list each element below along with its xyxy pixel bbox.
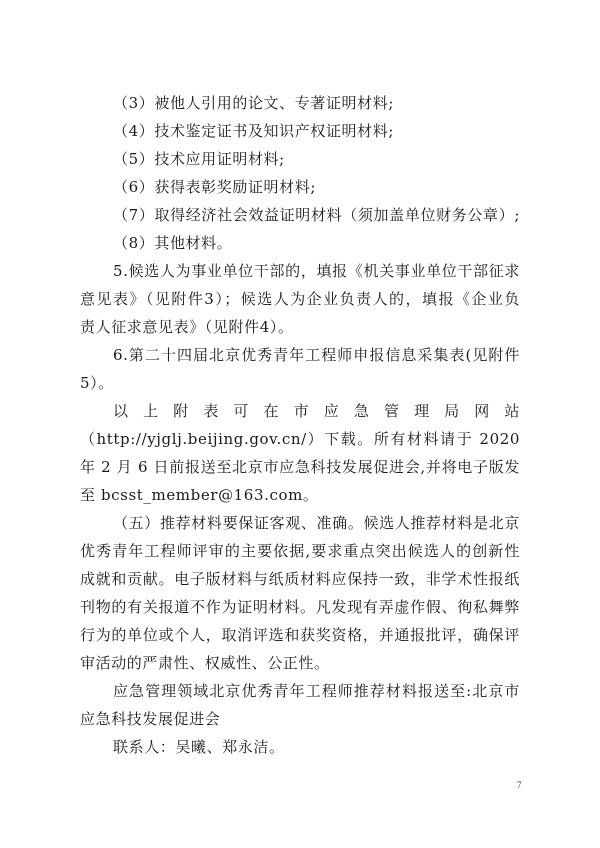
- paragraph-6-line-2: 5）。: [80, 369, 520, 397]
- download-paragraph-line-1: 以上附表可在市应急管理局网站: [80, 397, 520, 425]
- contact-line: 联系人：吴曦、郑永洁。: [80, 733, 520, 761]
- submission-line-1: 应急管理领域北京优秀青年工程师推荐材料报送至:北京市: [80, 677, 520, 705]
- page-number: 7: [517, 780, 522, 790]
- list-item-8: （8）其他材料。: [80, 229, 520, 257]
- section-5-line-5: 行为的单位或个人，取消评选和获奖资格，并通报批评，确保评: [80, 621, 520, 649]
- download-paragraph-line-4: 至 bcsst_member@163.com。: [80, 481, 520, 509]
- document-page: （3）被他人引用的论文、专著证明材料; （4）技术鉴定证书及知识产权证明材料; …: [0, 0, 600, 848]
- section-5-line-4: 刊物的有关报道不作为证明材料。凡发现有弄虚作假、徇私舞弊: [80, 593, 520, 621]
- body-text: （3）被他人引用的论文、专著证明材料; （4）技术鉴定证书及知识产权证明材料; …: [80, 89, 520, 761]
- list-item-4: （4）技术鉴定证书及知识产权证明材料;: [80, 117, 520, 145]
- list-item-6: （6）获得表彰奖励证明材料;: [80, 173, 520, 201]
- section-5-line-6: 审活动的严肃性、权威性、公正性。: [80, 649, 520, 677]
- paragraph-5-line-3: 责人征求意见表》（见附件4）。: [80, 313, 520, 341]
- section-5-line-2: 优秀青年工程师评审的主要依据,要求重点突出候选人的创新性: [80, 537, 520, 565]
- list-item-3: （3）被他人引用的论文、专著证明材料;: [80, 89, 520, 117]
- paragraph-6-line-1: 6.第二十四届北京优秀青年工程师申报信息采集表(见附件: [80, 341, 520, 369]
- download-paragraph-line-2: （http://yjglj.beijing.gov.cn/）下载。所有材料请于 …: [80, 425, 520, 453]
- list-item-7: （7）取得经济社会效益证明材料（须加盖单位财务公章）;: [80, 201, 520, 229]
- download-paragraph-line-3: 年 2 月 6 日前报送至北京市应急科技发展促进会,并将电子版发: [80, 453, 520, 481]
- list-item-5: （5）技术应用证明材料;: [80, 145, 520, 173]
- paragraph-5-line-1: 5.候选人为事业单位干部的，填报《机关事业单位干部征求: [80, 257, 520, 285]
- submission-line-2: 应急科技发展促进会: [80, 705, 520, 733]
- section-5-line-3: 成就和贡献。电子版材料与纸质材料应保持一致，非学术性报纸: [80, 565, 520, 593]
- section-5-line-1: （五）推荐材料要保证客观、准确。候选人推荐材料是北京: [80, 509, 520, 537]
- paragraph-5-line-2: 意见表》（见附件3）；候选人为企业负责人的，填报《企业负: [80, 285, 520, 313]
